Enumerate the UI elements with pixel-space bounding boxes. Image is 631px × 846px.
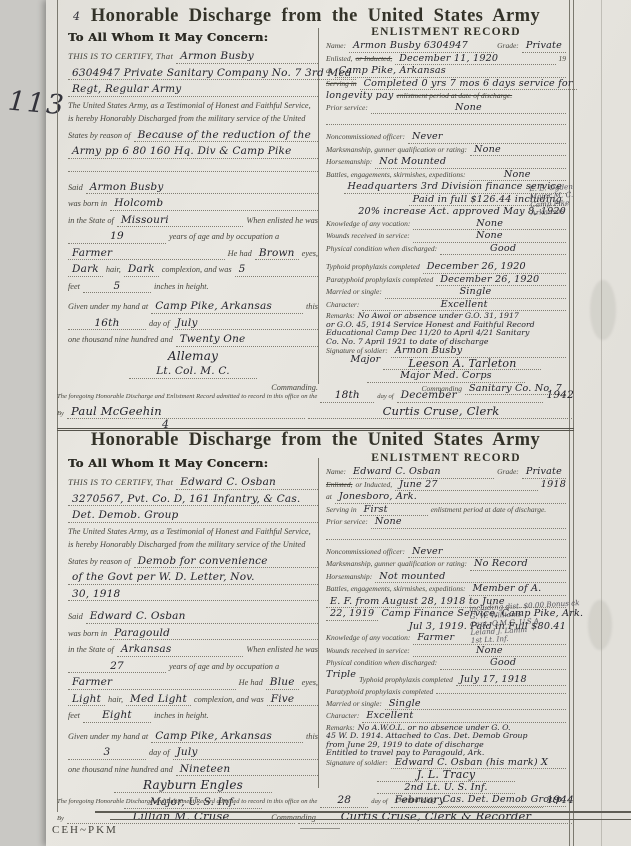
height-inches: 5 bbox=[83, 280, 151, 294]
physical-value: Good bbox=[440, 658, 566, 670]
certificate-2-enlistment-record: ENLISTMENT RECORD Name:Edward C. OsbanGr… bbox=[326, 452, 566, 808]
inducted-label: or Inducted, bbox=[355, 480, 392, 491]
thousand-label: one thousand nine hundred and bbox=[68, 334, 173, 347]
name-label: Name: bbox=[326, 41, 346, 52]
married-value: Single bbox=[385, 287, 566, 299]
hair-label: hair, bbox=[108, 694, 123, 707]
admission-day: 28 bbox=[320, 794, 368, 808]
battles-value: Member of A. bbox=[469, 584, 566, 596]
salutation: To All Whom It May Concern: bbox=[68, 456, 318, 470]
officer-signature: J. L. Tracy bbox=[377, 770, 515, 782]
horsemanship-value: Not Mounted bbox=[375, 157, 566, 169]
when-enlisted-label: When enlisted he was bbox=[246, 215, 318, 228]
marksmanship-label: Marksmanship, gunner qualification or ra… bbox=[326, 145, 467, 156]
state-label: in the State of bbox=[68, 644, 114, 657]
prior-service: None bbox=[371, 517, 566, 529]
at-label: at bbox=[326, 66, 332, 77]
battles-label: Battles, engagements, skirmishes, expedi… bbox=[326, 584, 466, 595]
soldier-name: Edward C. Osban bbox=[176, 476, 318, 490]
inches-label: inches in height. bbox=[154, 710, 209, 723]
paratyphoid-label: Paratyphoid prophylaxis completed bbox=[326, 687, 433, 698]
paratyphoid-date: December 26, 1920 bbox=[436, 275, 566, 287]
admission-day: 18th bbox=[320, 389, 374, 403]
enlist-date: June 27 bbox=[395, 480, 538, 492]
born-label: was born in bbox=[68, 198, 107, 211]
inducted-label: or Inducted, bbox=[355, 54, 392, 65]
typhoid-super: Triple bbox=[326, 670, 356, 681]
physical-label: Physical condition when discharged: bbox=[326, 658, 437, 669]
physical-value: Good bbox=[440, 244, 566, 256]
complexion-label: complexion, and was bbox=[162, 264, 232, 277]
prior-service: None bbox=[371, 103, 566, 115]
serving-in-label: Serving in bbox=[326, 79, 357, 90]
reason-line1: Demob for convenience bbox=[134, 555, 318, 569]
enlistment-period-label: enlistment period at date of discharge. bbox=[431, 505, 547, 516]
said-label: Said bbox=[68, 611, 83, 624]
battles-line3: 22, 1919 bbox=[326, 609, 378, 621]
married-label: Married or single: bbox=[326, 699, 382, 710]
issue-place: Camp Pike, Arkansas bbox=[151, 730, 303, 744]
this-label: this bbox=[306, 731, 318, 744]
enlist-year: 1918 bbox=[541, 480, 566, 491]
horsemanship-value: Not mounted bbox=[375, 572, 566, 584]
soldier-serial-unit: 3270567, Pvt. Co. D, 161 Infantry, & Cas… bbox=[68, 493, 318, 507]
character-value: Excellent bbox=[362, 300, 566, 312]
eyes-label: eyes, bbox=[302, 677, 318, 690]
character-value: Excellent bbox=[362, 711, 566, 723]
at-label: at bbox=[326, 492, 332, 503]
reason-label: States by reason of bbox=[68, 556, 131, 569]
paratyphoid-date bbox=[436, 693, 566, 694]
marksmanship-value: No Record bbox=[470, 559, 566, 571]
serving-value: First bbox=[360, 505, 428, 517]
admission-month: December bbox=[397, 389, 544, 403]
blank-line bbox=[326, 530, 566, 540]
soldier-signature-label: Signature of soldier: bbox=[326, 758, 388, 769]
payment-side-note: including dist. $0.00 Bonus ckG. W. Will… bbox=[469, 599, 581, 645]
enlisted-label: Enlisted, bbox=[326, 54, 352, 65]
age-label: years of age and by occupation a bbox=[169, 661, 279, 674]
nco-value: Never bbox=[408, 547, 566, 559]
enlistment-record-header: ENLISTMENT RECORD bbox=[326, 26, 566, 38]
age-value: 27 bbox=[68, 660, 166, 674]
admission-text: The foregoing Honorable Discharge and En… bbox=[57, 390, 317, 403]
physical-label: Physical condition when discharged: bbox=[326, 244, 437, 255]
commander-signature: Rayburn Engles bbox=[114, 779, 272, 793]
bottom-dash bbox=[300, 828, 340, 829]
longevity-pay: longevity pay bbox=[326, 91, 394, 102]
admission-month: February bbox=[391, 794, 544, 808]
character-label: Character: bbox=[326, 711, 359, 722]
reason-line2: Army pp 6 80 160 Hq. Div & Camp Pike bbox=[68, 145, 318, 159]
commander-signature: Allemay bbox=[168, 350, 218, 363]
certify-label: THIS IS TO CERTIFY, That bbox=[68, 476, 173, 489]
grade-label: Grade: bbox=[497, 41, 519, 52]
issue-place: Camp Pike, Arkansas bbox=[151, 300, 303, 314]
reason-label: States by reason of bbox=[68, 130, 131, 143]
soldier-unit2: Det. Demob. Group bbox=[68, 509, 318, 523]
said-name: Armon Busby bbox=[86, 181, 318, 195]
hair-color: Dark bbox=[68, 263, 103, 277]
scan-smudge bbox=[590, 280, 616, 340]
eyes-label: eyes, bbox=[302, 248, 318, 261]
record-name: Armon Busby 6304947 bbox=[349, 41, 494, 53]
height-inches: Eight bbox=[83, 709, 151, 723]
height-feet: 5 bbox=[235, 263, 318, 277]
admission-dayof: day of bbox=[377, 390, 393, 403]
said-name: Edward C. Osban bbox=[86, 610, 318, 624]
soldier-name: Armon Busby bbox=[176, 50, 318, 64]
hair-color: Light bbox=[68, 693, 105, 707]
nco-value: Never bbox=[408, 132, 566, 144]
prior-service-label: Prior service: bbox=[326, 103, 368, 114]
birthplace: Paragould bbox=[110, 627, 318, 641]
record-name: Edward C. Osban bbox=[349, 467, 494, 479]
battles-label: Battles, engagements, skirmishes, expedi… bbox=[326, 170, 466, 181]
bottom-rule-1 bbox=[95, 811, 631, 813]
wounds-value: None bbox=[413, 231, 566, 243]
nco-label: Noncommissioned officer: bbox=[326, 547, 405, 558]
birthplace: Holcomb bbox=[110, 197, 318, 211]
marksmanship-label: Marksmanship, gunner qualification or ra… bbox=[326, 559, 467, 570]
clerk-signature: Curtis Cruse, Clerk bbox=[308, 405, 574, 419]
occupation: Farmer bbox=[68, 247, 225, 261]
horsemanship-label: Horsemanship: bbox=[326, 157, 372, 168]
this-label: this bbox=[306, 301, 318, 314]
birth-state: Missouri bbox=[117, 214, 243, 228]
vocation-label: Knowledge of any vocation: bbox=[326, 633, 410, 644]
officer-signature: Leeson A. Tarleton bbox=[383, 359, 541, 371]
certificate-2-left-column: To All Whom It May Concern: THIS IS TO C… bbox=[68, 456, 318, 828]
marksmanship-value: None bbox=[470, 145, 566, 157]
admission-year: 1944 bbox=[546, 794, 574, 807]
day-of-label: day of bbox=[149, 318, 170, 331]
typhoid-date: July 17, 1918 bbox=[456, 675, 566, 687]
testimonial-line1: The United States Army, as a Testimonial… bbox=[68, 100, 311, 113]
scan-smudge bbox=[588, 600, 612, 650]
age-label: years of age and by occupation a bbox=[169, 231, 279, 244]
nco-label: Noncommissioned officer: bbox=[326, 132, 405, 143]
certificate-1-enlistment-record: ENLISTMENT RECORD Name:Armon Busby 63049… bbox=[326, 26, 566, 396]
thousand-label: one thousand nine hundred and bbox=[68, 764, 173, 777]
complexion-label: complexion, and was bbox=[194, 694, 264, 707]
testimonial-line2: is hereby Honorably Discharged from the … bbox=[68, 113, 305, 126]
blank-line bbox=[68, 162, 318, 172]
given-label: Given under my hand at bbox=[68, 301, 148, 314]
issue-year: Nineteen bbox=[176, 763, 318, 777]
reason-line1: Because of the reduction of the bbox=[134, 129, 318, 143]
enlist-place: Jonesboro, Ark. bbox=[335, 492, 566, 504]
vocation-value: None bbox=[413, 219, 566, 231]
testimonial-line2: is hereby Honorably Discharged from the … bbox=[68, 539, 305, 552]
feet-label: feet bbox=[68, 710, 80, 723]
birth-state: Arkansas bbox=[117, 643, 243, 657]
admission-dayof: day of bbox=[371, 795, 387, 808]
hair-label: hair, bbox=[106, 264, 121, 277]
complexion: Med Light bbox=[126, 693, 191, 707]
prior-service-label: Prior service: bbox=[326, 517, 368, 528]
recorder-signature: Paul McGeehin bbox=[67, 405, 305, 419]
occupation: Farmer bbox=[68, 676, 236, 690]
horsemanship-label: Horsemanship: bbox=[326, 572, 372, 583]
record-admission-1: The foregoing Honorable Discharge and En… bbox=[57, 386, 574, 431]
name-label: Name: bbox=[326, 467, 346, 478]
enlisted-label: Enlisted, bbox=[326, 480, 352, 491]
officer-signature-super: Major bbox=[351, 355, 381, 366]
scanned-page: 113 4 Honorable Discharge from the Unite… bbox=[0, 0, 631, 846]
issue-day: 3 bbox=[68, 746, 146, 760]
paratyphoid-label: Paratyphoid prophylaxis completed bbox=[326, 275, 433, 286]
when-enlisted-label: When enlisted he was bbox=[246, 644, 318, 657]
record-grade: Private bbox=[522, 467, 566, 479]
enlist-place: Camp Pike, Arkansas bbox=[335, 66, 566, 78]
state-label: in the State of bbox=[68, 215, 114, 228]
inches-label: inches in height. bbox=[154, 281, 209, 294]
given-label: Given under my hand at bbox=[68, 731, 148, 744]
commander-rank: Lt. Col. M. C. bbox=[129, 365, 257, 379]
he-had-label: He had bbox=[228, 248, 252, 261]
margin-fold-line bbox=[601, 0, 602, 846]
officer-side-note: E. E. OgdenMajor M. C.Camp PikeArkansas bbox=[530, 183, 575, 217]
issue-day: 16th bbox=[68, 317, 146, 331]
soldier-serial-unit: 6304947 Private Sanitary Company No. 7 3… bbox=[68, 67, 356, 81]
typhoid-label: Typhoid prophylaxis completed bbox=[359, 675, 453, 686]
reason-line2: of the Govt per W. D. Letter, Nov. bbox=[68, 571, 318, 585]
wounds-label: Wounds received in service: bbox=[326, 646, 410, 657]
character-label: Character: bbox=[326, 300, 359, 311]
complexion: Dark bbox=[124, 263, 159, 277]
by-label: By bbox=[57, 407, 64, 420]
battles-value: None bbox=[469, 170, 566, 182]
soldier-unit2: Regt, Regular Army bbox=[68, 83, 318, 97]
issue-month: July bbox=[173, 317, 318, 331]
certificate-2: 4 Honorable Discharge from the United St… bbox=[57, 430, 574, 788]
height-feet: Five bbox=[267, 693, 318, 707]
issue-year: Twenty One bbox=[176, 333, 318, 347]
bottom-rule-2 bbox=[110, 819, 631, 820]
admission-year: 1942 bbox=[546, 389, 574, 402]
officer-rank: Major Med. Corps bbox=[367, 371, 525, 383]
enlistment-period-label: enlistment period at date of discharge. bbox=[397, 91, 566, 102]
born-label: was born in bbox=[68, 628, 107, 641]
soldier-signature: Armon Busby bbox=[391, 346, 566, 358]
record-grade: Private bbox=[522, 41, 566, 53]
feet-label: feet bbox=[68, 281, 80, 294]
grade-label: Grade: bbox=[497, 467, 519, 478]
typhoid-label: Typhoid prophylaxis completed bbox=[326, 262, 420, 273]
admission-text: The foregoing Honorable Discharge and En… bbox=[57, 795, 317, 808]
typhoid-date: December 26, 1920 bbox=[423, 262, 566, 274]
married-value: Single bbox=[385, 699, 566, 711]
certify-label: THIS IS TO CERTIFY, That bbox=[68, 50, 173, 63]
eye-color: Brown bbox=[255, 247, 299, 261]
year-prefix: 19 bbox=[559, 54, 567, 65]
said-label: Said bbox=[68, 182, 83, 195]
service-completed: Completed 0 yrs 7 mos 6 days service for bbox=[360, 79, 577, 91]
testimonial-line1: The United States Army, as a Testimonial… bbox=[68, 526, 311, 539]
certificate-1: 4 Honorable Discharge from the United St… bbox=[57, 2, 574, 384]
certificate-1-left-column: To All Whom It May Concern: THIS IS TO C… bbox=[68, 30, 318, 397]
vocation-label: Knowledge of any vocation: bbox=[326, 219, 410, 230]
wounds-label: Wounds received in service: bbox=[326, 231, 410, 242]
issue-month: July bbox=[173, 746, 318, 760]
blank-line bbox=[326, 115, 566, 125]
serving-in-label: Serving in bbox=[326, 505, 357, 516]
reason-line3: 30, 1918 bbox=[68, 588, 318, 602]
processing-stamp: CEH~PKM bbox=[52, 824, 118, 836]
married-label: Married or single: bbox=[326, 287, 382, 298]
certificate-1-title: Honorable Discharge from the United Stat… bbox=[57, 6, 574, 27]
certificate-2-title: Honorable Discharge from the United Stat… bbox=[57, 430, 574, 451]
day-of-label: day of bbox=[149, 747, 170, 760]
wounds-value: None bbox=[413, 646, 566, 658]
enlistment-record-header: ENLISTMENT RECORD bbox=[326, 452, 566, 464]
age-value: 19 bbox=[68, 230, 166, 244]
salutation: To All Whom It May Concern: bbox=[68, 30, 318, 44]
he-had-label: He had bbox=[239, 677, 263, 690]
eye-color: Blue bbox=[266, 676, 299, 690]
enlist-date: December 11, 1920 bbox=[395, 54, 555, 66]
